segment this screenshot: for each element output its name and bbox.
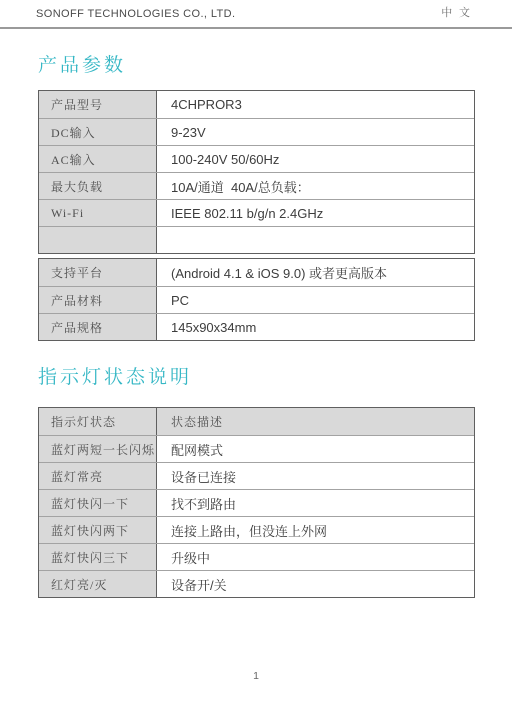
spec-value: [157, 227, 474, 253]
spec-label: Wi-Fi: [39, 200, 157, 226]
table-row: 蓝灯常亮 设备已连接: [39, 462, 474, 489]
page-footer: 1: [0, 670, 512, 682]
led-status-label: 蓝灯快闪一下: [39, 490, 157, 516]
language-label: 中 文: [441, 4, 472, 20]
led-status-label: 蓝灯快闪两下: [39, 517, 157, 543]
manual-page: SONOFF TECHNOLOGIES CO., LTD. 中 文 产品参数 产…: [0, 0, 512, 709]
led-status-description: 连接上路由，但没连上外网: [157, 517, 474, 543]
spec-label: 支持平台: [39, 259, 157, 286]
spec-value: 9-23V: [157, 119, 474, 145]
table-row-empty: [39, 226, 474, 253]
spec-label: 最大负载: [39, 173, 157, 199]
led-status-description: 设备已连接: [157, 463, 474, 489]
spec-label: 产品型号: [39, 91, 157, 118]
spec-label: AC输入: [39, 146, 157, 172]
table-row: Wi-Fi IEEE 802.11 b/g/n 2.4GHz: [39, 199, 474, 226]
product-spec-table-upper: 产品型号 4CHPROR3 DC输入 9-23V AC输入 100-240V 5…: [38, 90, 475, 254]
led-status-label: 红灯亮/灭: [39, 571, 157, 597]
table-row: 支持平台 (Android 4.1 & iOS 9.0) 或者更高版本: [39, 259, 474, 286]
spec-label: 产品材料: [39, 287, 157, 313]
spec-label: DC输入: [39, 119, 157, 145]
table-row: 蓝灯两短一长闪烁 配网模式: [39, 435, 474, 462]
column-header-status: 指示灯状态: [39, 408, 157, 435]
spec-label: [39, 227, 157, 253]
led-status-label: 蓝灯快闪三下: [39, 544, 157, 570]
page-number: 1: [253, 670, 259, 682]
spec-value: 145x90x34mm: [157, 314, 474, 340]
led-status-label: 蓝灯两短一长闪烁: [39, 436, 157, 462]
table-row: 产品材料 PC: [39, 286, 474, 313]
spec-value: 4CHPROR3: [157, 91, 474, 118]
section-title-led-status: 指示灯状态说明: [38, 367, 474, 389]
led-status-description: 升级中: [157, 544, 474, 570]
table-header-row: 指示灯状态 状态描述: [39, 408, 474, 435]
table-row: 产品规格 145x90x34mm: [39, 313, 474, 340]
spec-value: 10A/通道 40A/总负载：: [157, 173, 474, 199]
company-name: SONOFF TECHNOLOGIES CO., LTD.: [36, 8, 235, 20]
led-status-table: 指示灯状态 状态描述 蓝灯两短一长闪烁 配网模式 蓝灯常亮 设备已连接 蓝灯快闪…: [38, 407, 475, 598]
led-status-description: 设备开/关: [157, 571, 474, 597]
led-status-label: 蓝灯常亮: [39, 463, 157, 489]
spec-label: 产品规格: [39, 314, 157, 340]
table-row: DC输入 9-23V: [39, 118, 474, 145]
spec-value: 100-240V 50/60Hz: [157, 146, 474, 172]
table-row: 最大负载 10A/通道 40A/总负载：: [39, 172, 474, 199]
table-row: 蓝灯快闪两下 连接上路由，但没连上外网: [39, 516, 474, 543]
section-title-product-parameters: 产品参数: [38, 55, 474, 77]
table-row: AC输入 100-240V 50/60Hz: [39, 145, 474, 172]
table-row: 蓝灯快闪三下 升级中: [39, 543, 474, 570]
page-content: 产品参数 产品型号 4CHPROR3 DC输入 9-23V AC输入 100-2…: [0, 55, 512, 598]
led-status-description: 配网模式: [157, 436, 474, 462]
page-header: SONOFF TECHNOLOGIES CO., LTD. 中 文: [0, 0, 512, 29]
column-header-description: 状态描述: [157, 408, 474, 435]
product-spec-table-lower: 支持平台 (Android 4.1 & iOS 9.0) 或者更高版本 产品材料…: [38, 258, 475, 341]
spec-value: PC: [157, 287, 474, 313]
spec-value: IEEE 802.11 b/g/n 2.4GHz: [157, 200, 474, 226]
table-row: 产品型号 4CHPROR3: [39, 91, 474, 118]
led-status-description: 找不到路由: [157, 490, 474, 516]
table-row: 红灯亮/灭 设备开/关: [39, 570, 474, 597]
table-row: 蓝灯快闪一下 找不到路由: [39, 489, 474, 516]
spec-value: (Android 4.1 & iOS 9.0) 或者更高版本: [157, 259, 474, 286]
